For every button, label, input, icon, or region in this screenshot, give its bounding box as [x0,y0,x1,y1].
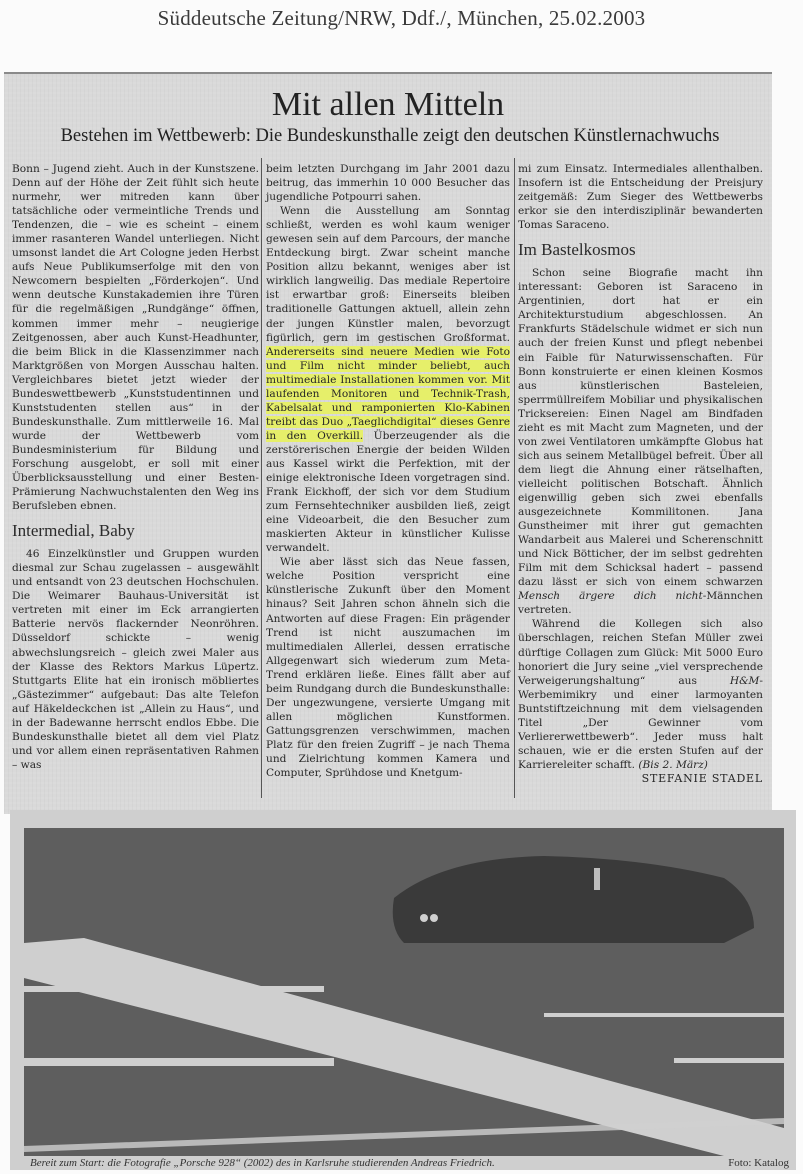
article-column-2: beim letzten Durchgang im Jahr 2001 dazu… [266,162,510,780]
section-subtitle: Intermedial, Baby [12,521,259,541]
source-line: Süddeutsche Zeitung/NRW, Ddf./, München,… [0,6,803,31]
author-byline: STEFANIE STADEL [518,772,763,786]
paragraph: Schon seine Biografie macht ihn interess… [518,266,763,617]
section-subtitle: Im Bastelkosmos [518,240,763,260]
highlighted-text: Andererseits sind neuere Medien wie Foto… [266,346,510,442]
paragraph-text: Überzeugender als die zerstörerischen En… [266,430,510,554]
paragraph: Bonn – Jugend zieht. Auch in der Kunstsz… [12,162,259,513]
column-divider [261,158,262,798]
italic-text: H&M [730,675,760,687]
article-column-1: Bonn – Jugend zieht. Auch in der Kunstsz… [12,162,259,772]
paragraph-text: Wenn die Ausstellung am Sonntag schließt… [266,205,510,343]
italic-text: Mensch ärgere dich nicht [518,590,703,602]
article-clipping: Mit allen Mitteln Bestehen im Wettbewerb… [4,72,772,814]
paragraph-text: -Werbemimikry und einer larmoyanten Bunt… [518,675,763,771]
photo-caption: Bereit zum Start: die Fotografie „Porsch… [30,1157,770,1169]
paragraph: beim letzten Durchgang im Jahr 2001 dazu… [266,162,510,204]
paragraph-text: Während die Kollegen sich also überschla… [518,618,763,686]
photo-credit: Foto: Katalog [728,1157,789,1169]
headline: Mit allen Mitteln [4,86,772,124]
paragraph: 46 Einzelkünstler und Gruppen wurden die… [12,547,259,772]
subheadline: Bestehen im Wettbewerb: Die Bundeskunsth… [10,126,770,147]
paragraph: Wenn die Ausstellung am Sonntag schließt… [266,204,510,555]
paragraph: mi zum Einsatz. Intermediales allenthalb… [518,162,763,232]
column-divider [514,158,515,798]
paragraph-text: Schon seine Biografie macht ihn interess… [518,267,763,588]
exhibition-date: (Bis 2. März) [638,759,708,771]
paragraph: Wie aber lässt sich das Neue fassen, wel… [266,555,510,780]
car-on-road-image [24,828,784,1156]
paragraph: Während die Kollegen sich also überschla… [518,617,763,772]
article-column-3: mi zum Einsatz. Intermediales allenthalb… [518,162,763,786]
article-photo [24,828,784,1156]
